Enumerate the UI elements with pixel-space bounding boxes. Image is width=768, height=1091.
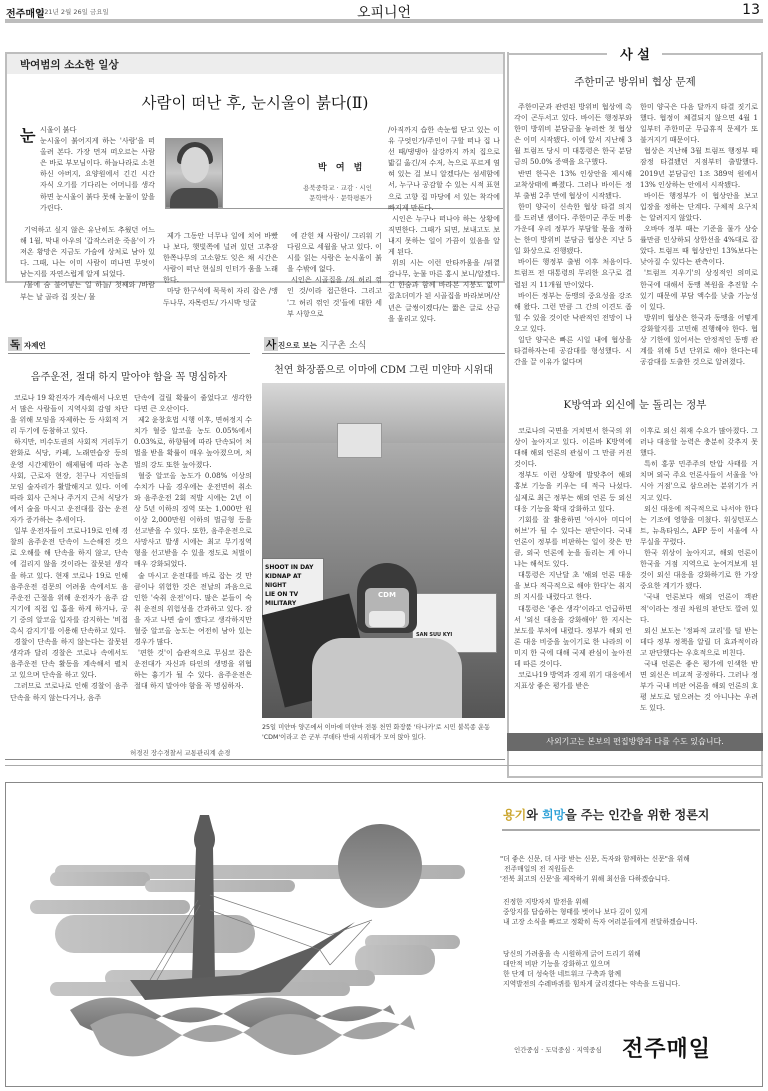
ad-headline-rule <box>502 829 760 831</box>
reader-col1: 코로나 19 확진자가 계속해서 나오면서 많은 사람들이 지역사회 감염 차단… <box>10 392 128 746</box>
newspaper-logo: 전주매일 <box>622 1032 711 1063</box>
photo-news-title[interactable]: 천연 화장품으로 이마에 CDM 그린 미얀마 시위대 <box>262 361 505 376</box>
page-divider <box>5 765 763 766</box>
reader-signature: 허경진 장수경찰서 교통관리계 순경 <box>130 748 230 757</box>
photo-sign-portrait <box>337 423 382 458</box>
editorial-title-k-quarantine[interactable]: K방역과 외신에 눈 돌리는 정부 <box>507 397 763 412</box>
editorial-rule-left <box>507 53 607 55</box>
photo-protester-shirt <box>312 638 462 718</box>
author-affiliation: 용북중학교 · 교감 · 시인 <box>280 183 372 192</box>
protest-photo: SHOOT IN DAY KIDNAP AT NIGHT LIE ON TV M… <box>262 383 505 718</box>
photo-caption: 25일 미얀마 양곤에서 이마에 미얀마 전통 천연 화장품 '타나카'로 시민… <box>262 723 505 743</box>
photo-section-label-rest: 지구촌 소식 <box>320 338 366 351</box>
ad-paragraph-3: 당신의 가려움을 속 시원하게 긁어 드리기 위해 대안적 비판 기능을 강화하… <box>503 949 763 989</box>
photo-section-label-mid: 진으로 보는 <box>278 340 317 351</box>
disclaimer-text: 사외기고는 본보의 편집방향과 다를 수도 있습니다. <box>507 736 763 747</box>
author-name: 박 여 범 <box>318 160 365 173</box>
editorial2-col2: 이후로 외신 취재 수요가 많아졌다. 그러나 대응할 능력은 충분히 갖추지 … <box>640 425 758 725</box>
photo-section-rule <box>262 353 505 354</box>
column-text-col3: 에 갇힌 채 사람이/ 그리워 기다림으로 세월을 낚고 있다. 이 시를 읽는… <box>287 230 382 319</box>
ad-paragraph-1: "더 좋은 신문, 더 사랑 받는 신문, 독자와 함께하는 신문"을 위해 전… <box>500 854 762 884</box>
author-title: 문학박사 · 문학평론가 <box>280 193 372 202</box>
reader-article-title[interactable]: 음주운전, 절대 하지 말아야 함을 꼭 명심하자 <box>8 368 250 383</box>
ad-paragraph-2: 진정한 지방자치 발전을 위해 중앙지를 답습하는 형태를 벗어나 보다 깊이 … <box>503 897 763 927</box>
masthead-rule <box>5 19 763 23</box>
editorial1-col2: 한미 양국은 다음 달까지 타결 짓기로 했다. 협정이 체결되지 않으면 4월… <box>640 101 758 391</box>
reader-col2: 단속에 걸릴 확률이 줄었다고 생각한다면 큰 오산이다. 제2 윤창호법 시행… <box>134 392 252 744</box>
photo-sky <box>262 383 505 443</box>
ad-headline: 용기와 희망을 주는 인간을 위한 정론지 <box>503 806 709 823</box>
author-photo-face <box>181 147 209 183</box>
editorial1-col1: 주한미군과 관련된 방위비 협상에 촉각이 곤두서고 있다. 바이든 행정부와 … <box>514 101 632 391</box>
editorial-label: 사 설 <box>608 44 662 63</box>
ship-illustration-icon <box>20 800 470 1070</box>
reader-section-rule <box>8 353 250 354</box>
column-series-name: 박여범의 소소한 일상 <box>20 57 119 72</box>
column-text-col1: 기억하고 싶지 않은 유난히도 추웠던 어느 해 1월, 막내 아우의 '갑작스… <box>20 224 155 302</box>
ad-slogan: 인간중심 · 도덕중심 · 지역중심 <box>514 1045 602 1054</box>
column-article-title[interactable]: 사람이 떠난 후, 눈시울이 붉다(Ⅱ) <box>0 91 510 113</box>
page-number: 13 <box>742 2 760 18</box>
photo-section-label-first: 사 <box>266 337 276 352</box>
photo-face-mask <box>369 611 405 627</box>
reader-bottom-rule <box>5 759 505 760</box>
reader-section-label: 자제언 <box>24 340 46 351</box>
editorial-title-defense-cost[interactable]: 주한미군 방위비 협상 문제 <box>507 74 763 89</box>
reader-section-label-first: 독 <box>10 337 20 352</box>
column-text-col1-lead: 시울이 붉다 눈시울이 붉어지게 하는 '사람'을 떠 올려 본다. 가장 먼저… <box>40 124 155 213</box>
editorial2-col1: 코로나의 국면을 거치면서 한국의 위상이 높아지고 있다. 이른바 K방역에 … <box>514 425 632 725</box>
editorial-rule-right <box>662 53 763 55</box>
author-photo-body <box>170 188 218 208</box>
drop-cap: 눈 <box>20 123 35 146</box>
column-text-col2: 제가 그동안 너무나 일에 치여 바빴나 보다, 햇빛쪽에 널려 있던 고추잠 … <box>163 230 278 308</box>
column-text-col4: /아직까지 습한 속눈썹 닫고 있는 이유 구엇인가/주인이 구할 떠나 집 나… <box>388 124 500 324</box>
